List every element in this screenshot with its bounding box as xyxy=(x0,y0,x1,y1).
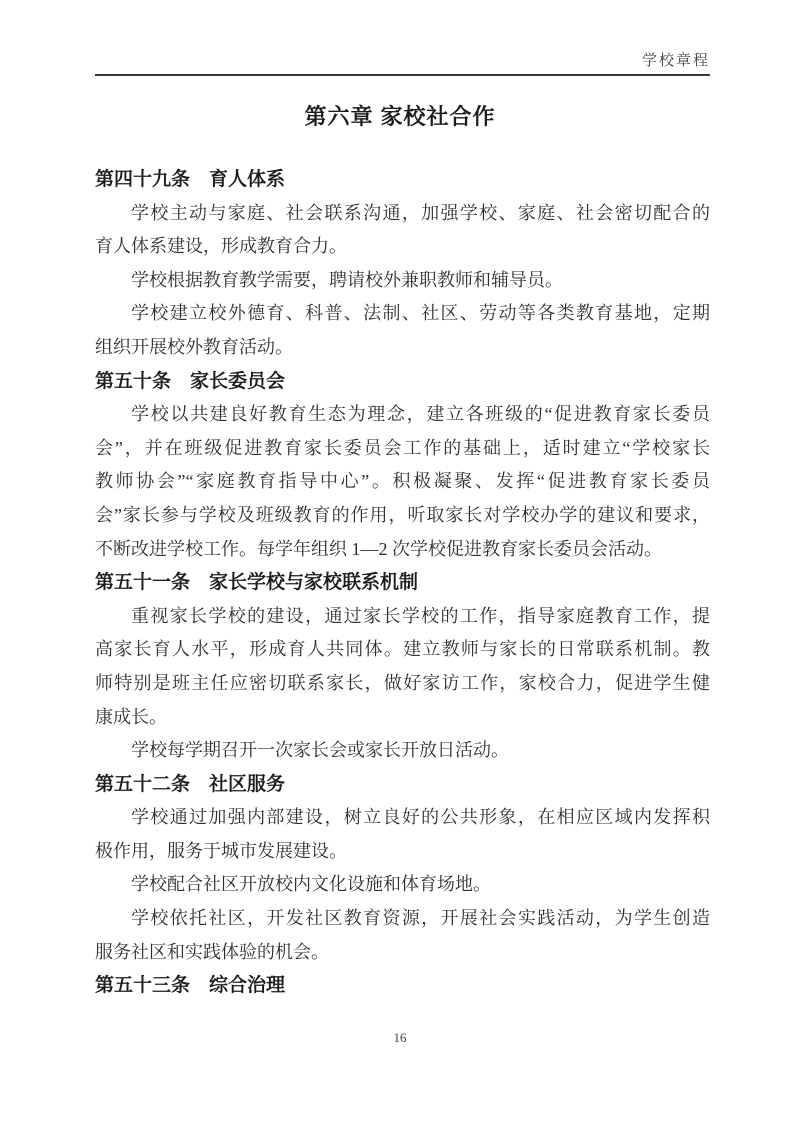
paragraph-line: 学校通过加强内部建设，树立良好的公共形象，在相应区域内发挥积 xyxy=(95,801,710,835)
article-heading: 第五十三条 综合治理 xyxy=(95,969,710,1003)
paragraph-line: 教师协会”“家庭教育指导中心”。积极凝聚、发挥“促进教育家长委员 xyxy=(95,465,710,499)
paragraph-line: 学校依托社区，开发社区教育资源，开展社会实践活动，为学生创造 xyxy=(95,902,710,936)
page-footer: 16 xyxy=(0,1030,800,1046)
paragraph-line: 不断改进学校工作。每学年组织 1—2 次学校促进教育家长委员会活动。 xyxy=(95,533,710,567)
paragraph-line: 服务社区和实践体验的机会。 xyxy=(95,936,710,970)
paragraph-line: 组织开展校外教育活动。 xyxy=(95,331,710,365)
chapter-title: 第六章 家校社合作 xyxy=(0,100,800,131)
document-body: 第四十九条 育人体系学校主动与家庭、社会联系沟通，加强学校、家庭、社会密切配合的… xyxy=(95,163,710,1003)
paragraph-line: 学校主动与家庭、社会联系沟通，加强学校、家庭、社会密切配合的 xyxy=(95,197,710,231)
page-number: 16 xyxy=(394,1030,407,1045)
paragraph-line: 会”家长参与学校及班级教育的作用，听取家长对学校办学的建议和要求， xyxy=(95,499,710,533)
header-running-title: 学校章程 xyxy=(642,53,710,69)
paragraph-line: 育人体系建设，形成教育合力。 xyxy=(95,230,710,264)
paragraph-line: 高家长育人水平，形成育人共同体。建立教师与家长的日常联系机制。教 xyxy=(95,633,710,667)
paragraph-line: 康成长。 xyxy=(95,701,710,735)
paragraph-line: 学校每学期召开一次家长会或家长开放日活动。 xyxy=(95,734,710,768)
paragraph-line: 学校建立校外德育、科普、法制、社区、劳动等各类教育基地，定期 xyxy=(95,297,710,331)
paragraph-line: 师特别是班主任应密切联系家长，做好家访工作，家校合力，促进学生健 xyxy=(95,667,710,701)
paragraph-line: 重视家长学校的建设，通过家长学校的工作，指导家庭教育工作，提 xyxy=(95,600,710,634)
article-heading: 第五十一条 家长学校与家校联系机制 xyxy=(95,566,710,600)
document-page: 学校章程 第六章 家校社合作 第四十九条 育人体系学校主动与家庭、社会联系沟通，… xyxy=(0,0,800,1131)
page-header: 学校章程 xyxy=(95,52,710,70)
paragraph-line: 学校配合社区开放校内文化设施和体育场地。 xyxy=(95,868,710,902)
article-heading: 第五十二条 社区服务 xyxy=(95,768,710,802)
paragraph-line: 学校以共建良好教育生态为理念，建立各班级的“促进教育家长委员 xyxy=(95,398,710,432)
article-heading: 第四十九条 育人体系 xyxy=(95,163,710,197)
header-rule-line xyxy=(95,74,710,76)
paragraph-line: 学校根据教育教学需要，聘请校外兼职教师和辅导员。 xyxy=(95,264,710,298)
article-heading: 第五十条 家长委员会 xyxy=(95,365,710,399)
paragraph-line: 极作用，服务于城市发展建设。 xyxy=(95,835,710,869)
paragraph-line: 会”，并在班级促进教育家长委员会工作的基础上，适时建立“学校家长 xyxy=(95,432,710,466)
